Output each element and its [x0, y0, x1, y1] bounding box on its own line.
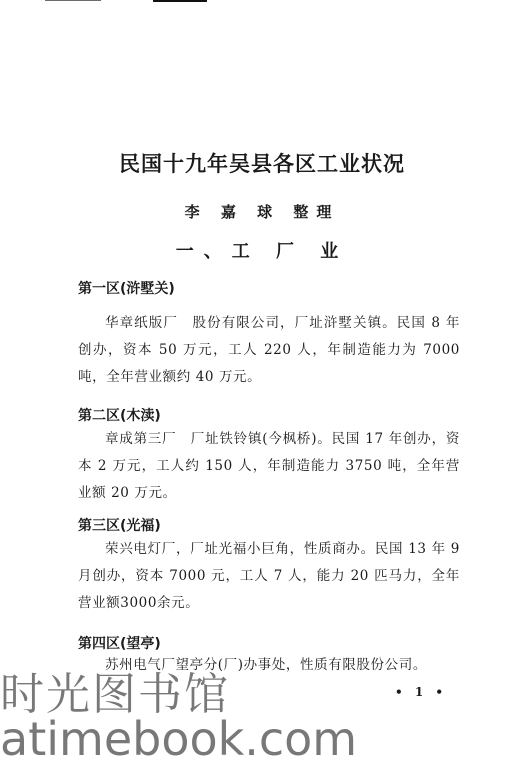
page-title: 民国十九年吴县各区工业状况 [0, 148, 524, 178]
watermark-url: atimebook.com [0, 712, 357, 766]
district-heading-3: 第三区(光福) [78, 515, 161, 535]
page-number: • 1 • [395, 685, 447, 699]
district-heading-1: 第一区(浒墅关) [78, 278, 175, 298]
section-heading: 一、工 厂 业 [0, 237, 524, 263]
district-heading-2: 第二区(木渎) [78, 405, 161, 425]
district-paragraph-1: 华章纸版厂 股份有限公司，厂址浒墅关镇。民国 8 年创办，资本 50 万元，工人… [78, 310, 460, 391]
district-heading-4: 第四区(望亭) [78, 633, 161, 653]
author-line: 李 嘉 球 整理 [0, 201, 524, 222]
district-paragraph-3: 荣兴电灯厂，厂址光福小巨角，性质商办。民国 13 年 9 月创办，资本 7000… [78, 536, 460, 617]
district-paragraph-2: 章成第三厂 厂址铁铃镇(今枫桥)。民国 17 年创办，资本 2 万元，工人约 1… [78, 426, 460, 507]
top-rule-left [45, 0, 101, 1]
top-rule-right [153, 0, 207, 2]
